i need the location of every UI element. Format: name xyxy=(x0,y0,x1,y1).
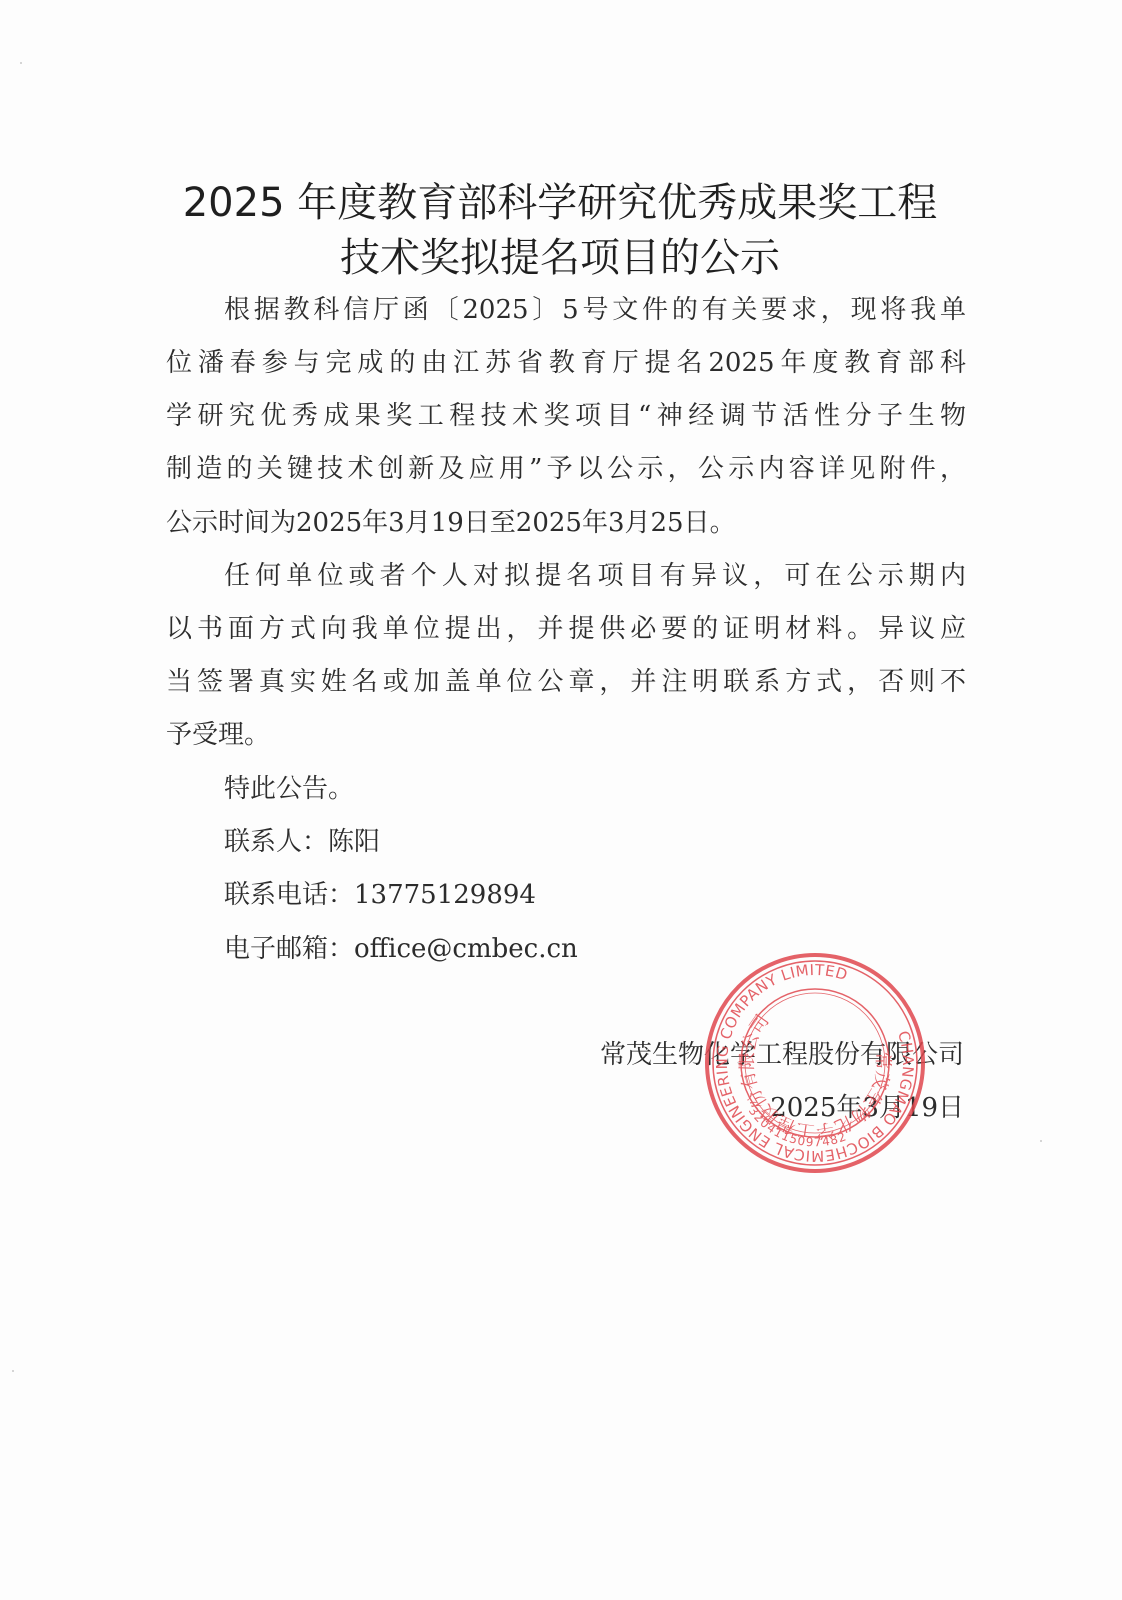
paragraph-line: 位潘春参与完成的由江苏省教育厅提名2025年度教育部科 xyxy=(166,346,966,380)
paragraph-line: 以书面方式向我单位提出，并提供必要的证明材料。异议应 xyxy=(166,612,966,646)
document-page: 2025 年度教育部科学研究优秀成果奖工程 技术奖拟提名项目的公示 根据教科信厅… xyxy=(0,0,1122,1600)
scan-speck xyxy=(12,1370,14,1372)
paragraph-line: 予受理。 xyxy=(166,718,966,752)
paragraph-line: 制造的关键技术创新及应用”予以公示，公示内容详见附件， xyxy=(166,452,966,486)
signature-date: 2025年3月19日 xyxy=(770,1091,964,1125)
paragraph-line: 当签署真实姓名或加盖单位公章，并注明联系方式，否则不 xyxy=(166,665,966,699)
paragraph-line: 学研究优秀成果奖工程技术奖项目“神经调节活性分子生物 xyxy=(166,399,966,433)
document-title-line-1: 2025 年度教育部科学研究优秀成果奖工程 xyxy=(150,175,970,231)
paragraph-line: 任何单位或者个人对拟提名项目有异议，可在公示期内 xyxy=(224,559,966,593)
closing-text: 特此公告。 xyxy=(224,772,966,806)
document-title-line-2: 技术奖拟提名项目的公示 xyxy=(150,230,970,286)
scan-speck xyxy=(1040,1140,1042,1142)
contact-person: 联系人：陈阳 xyxy=(224,825,966,859)
paragraph-line: 公示时间为2025年3月19日至2025年3月25日。 xyxy=(166,506,966,540)
contact-email: 电子邮箱：office@cmbec.cn xyxy=(224,932,966,966)
signature-organization: 常茂生物化学工程股份有限公司 xyxy=(600,1038,964,1072)
paragraph-line: 根据教科信厅函〔2025〕5号文件的有关要求，现将我单 xyxy=(224,293,966,327)
scan-speck xyxy=(20,62,22,64)
contact-phone: 联系电话：13775129894 xyxy=(224,878,966,912)
